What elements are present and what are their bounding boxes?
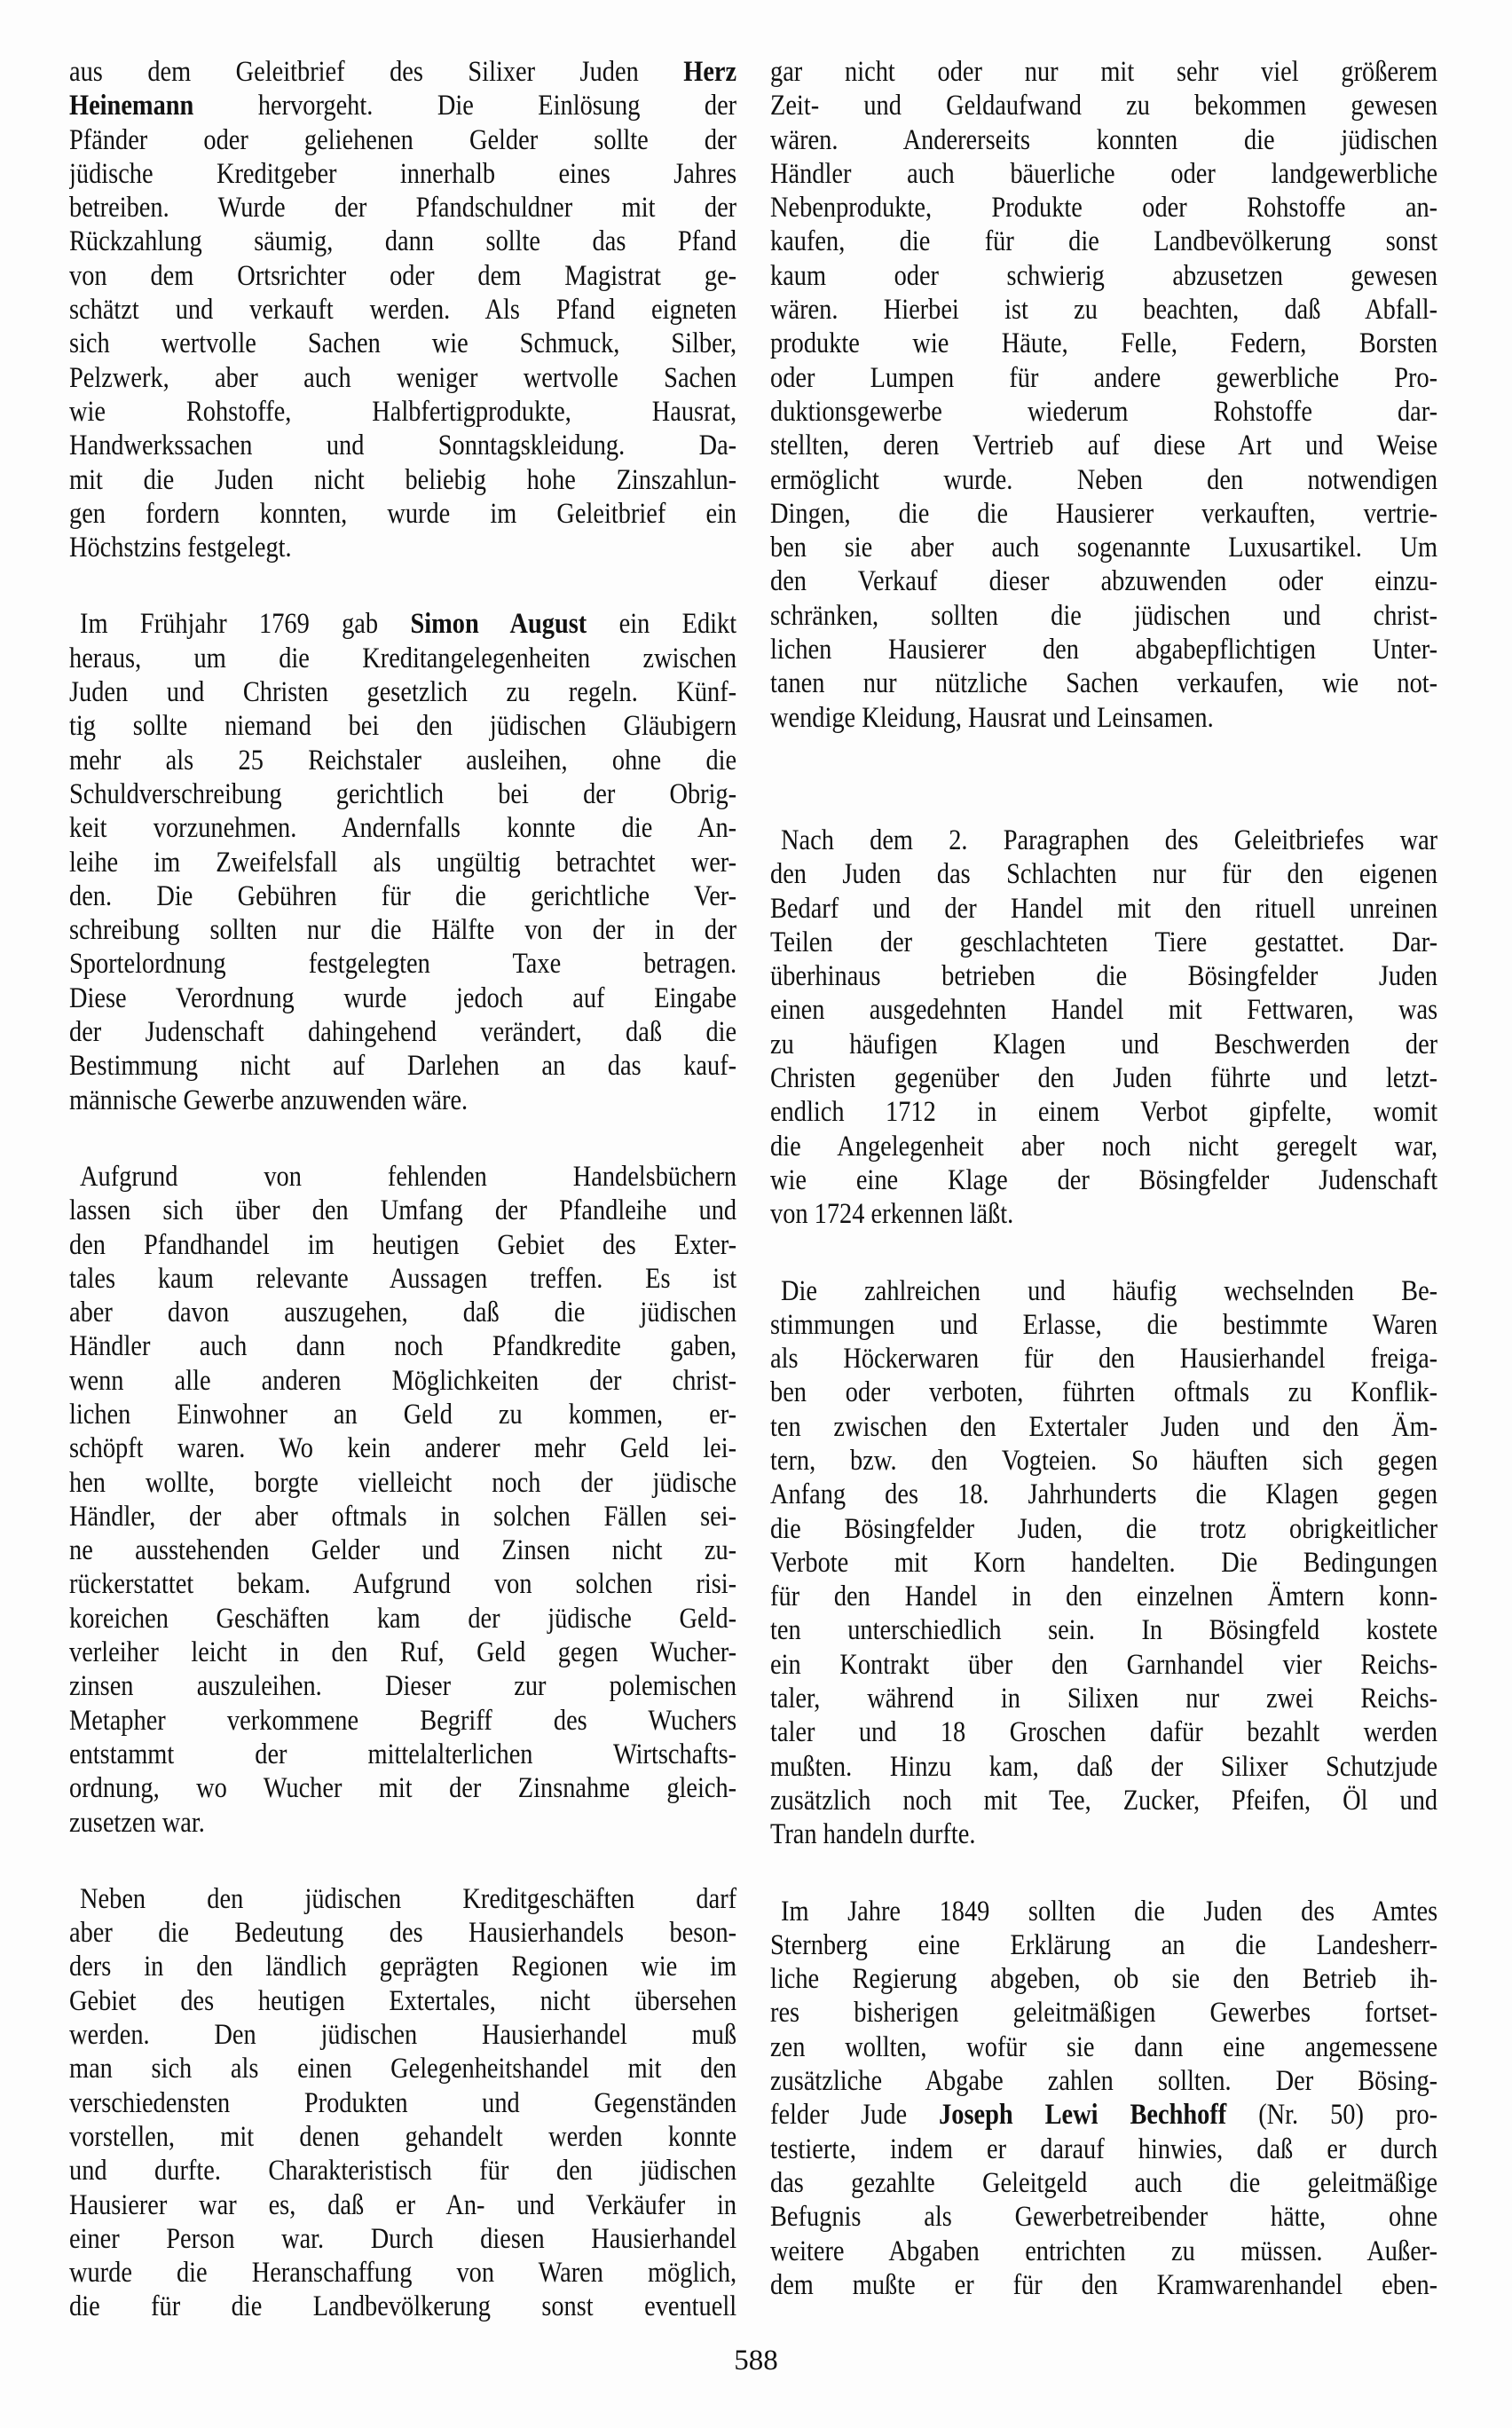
text-line: man sich als einen Gelegenheitshandel mi… (69, 2052, 736, 2085)
text-line: Im Frühjahr 1769 gab Simon August ein Ed… (69, 607, 736, 641)
text-line: Dingen, die die Hausierer verkauften, ve… (770, 497, 1437, 531)
text-line: leihe im Zweifelsfall als ungültig betra… (69, 846, 736, 879)
text-line: duktionsgewerbe wiederum Rohstoffe dar- (770, 395, 1437, 429)
text-line: oder Lumpen für andere gewerbliche Pro- (770, 361, 1437, 395)
text-line: kaum oder schwierig abzusetzen gewesen (770, 259, 1437, 293)
text-line: testierte, indem er darauf hinwies, daß … (770, 2132, 1437, 2166)
right-column: gar nicht oder nur mit sehr viel größere… (770, 55, 1437, 2302)
text-line: Händler auch dann noch Pfandkredite gabe… (69, 1329, 736, 1363)
text-line: mit die Juden nicht beliebig hohe Zinsza… (69, 463, 736, 497)
text-line: ten zwischen den Extertaler Juden und de… (770, 1410, 1437, 1444)
paragraph: Nach dem 2. Paragraphen des Geleitbriefe… (770, 824, 1437, 1232)
text-line: ermöglicht wurde. Neben den notwendigen (770, 463, 1437, 497)
text-line: mußten. Hinzu kam, daß der Silixer Schut… (770, 1750, 1437, 1784)
text-line: aus dem Geleitbrief des Silixer Juden He… (69, 55, 736, 89)
paragraph: Die zahlreichen und häufig wechselnden B… (770, 1274, 1437, 1852)
text-line: die für die Landbevölkerung sonst eventu… (69, 2290, 736, 2323)
text-line: zinsen auszuleihen. Dieser zur polemisch… (69, 1669, 736, 1703)
text-line: Händler, der aber oftmals in solchen Fäl… (69, 1500, 736, 1533)
text-line: mehr als 25 Reichstaler ausleihen, ohne … (69, 744, 736, 777)
text-line: werden. Den jüdischen Hausierhandel muß (69, 2018, 736, 2052)
text-line: ben sie aber auch sogenannte Luxusartike… (770, 531, 1437, 564)
text-line: Bedarf und der Handel mit den rituell un… (770, 892, 1437, 926)
text-line: zen wollten, wofür sie dann eine angemes… (770, 2030, 1437, 2064)
text-line: ordnung, wo Wucher mit der Zinsnahme gle… (69, 1771, 736, 1805)
text-line: ten unterschiedlich sein. In Bösingfeld … (770, 1613, 1437, 1647)
text-line: den. Die Gebühren für die gerichtliche V… (69, 879, 736, 913)
document-page: aus dem Geleitbrief des Silixer Juden He… (0, 0, 1512, 2428)
text-line: Befugnis als Gewerbetreibender hätte, oh… (770, 2200, 1437, 2234)
text-line: wären. Andererseits konnten die jüdische… (770, 123, 1437, 157)
text-line: von dem Ortsrichter oder dem Magistrat g… (69, 259, 736, 293)
text-line: tig sollte niemand bei den jüdischen Glä… (69, 709, 736, 743)
text-line: Gebiet des heutigen Extertales, nicht üb… (69, 1984, 736, 2018)
text-line: keit vorzunehmen. Andernfalls konnte die… (69, 811, 736, 845)
text-line: taler und 18 Groschen dafür bezahlt werd… (770, 1715, 1437, 1749)
text-line: vorstellen, mit denen gehandelt werden k… (69, 2120, 736, 2154)
text-line: liche Regierung abgeben, ob sie den Betr… (770, 1962, 1437, 1996)
text-line: schätzt und verkauft werden. Als Pfand e… (69, 293, 736, 327)
text-line: Nebenprodukte, Produkte oder Rohstoffe a… (770, 191, 1437, 225)
text-line: dem mußte er für den Kramwarenhandel ebe… (770, 2268, 1437, 2302)
text-line: den Juden das Schlachten nur für den eig… (770, 857, 1437, 891)
text-line: gen fordern konnten, wurde im Geleitbrie… (69, 497, 736, 531)
text-line: ben oder verboten, führten oftmals zu Ko… (770, 1376, 1437, 1409)
text-line: verleiher leicht in den Ruf, Geld gegen … (69, 1636, 736, 1669)
text-line: den Pfandhandel im heutigen Gebiet des E… (69, 1228, 736, 1262)
bold-name: Simon August (410, 608, 587, 640)
text-line: den Verkauf dieser abzuwenden oder einzu… (770, 564, 1437, 598)
bold-name: Heinemann (69, 90, 193, 122)
text-line: zusätzlich noch mit Tee, Zucker, Pfeifen… (770, 1784, 1437, 1817)
text-line: einen ausgedehnten Handel mit Fettwaren,… (770, 993, 1437, 1027)
text-line: zusätzliche Abgabe zahlen sollten. Der B… (770, 2064, 1437, 2098)
text-line: Juden und Christen gesetzlich zu regeln.… (69, 675, 736, 709)
text-line: aber die Bedeutung des Hausierhandels be… (69, 1916, 736, 1950)
text-line: weitere Abgaben entrichten zu müssen. Au… (770, 2235, 1437, 2268)
text-line: betreiben. Wurde der Pfandschuldner mit … (69, 191, 736, 225)
text-line: für den Handel in den einzelnen Ämtern k… (770, 1580, 1437, 1613)
text-line: lichen Einwohner an Geld zu kommen, er- (69, 1398, 736, 1431)
bold-name: Joseph Lewi Bechhoff (939, 2099, 1226, 2131)
text-line: Neben den jüdischen Kreditgeschäften dar… (69, 1882, 736, 1916)
text-line: hen wollte, borgte vielleicht noch der j… (69, 1466, 736, 1500)
text-line: wurde die Heranschaffung von Waren mögli… (69, 2256, 736, 2290)
text-line: Heinemann hervorgeht. Die Einlösung der (69, 89, 736, 122)
text-line: gar nicht oder nur mit sehr viel größere… (770, 55, 1437, 89)
text-line: tales kaum relevante Aussagen treffen. E… (69, 1262, 736, 1296)
text-line: Pelzwerk, aber auch weniger wertvolle Sa… (69, 361, 736, 395)
text-line: einer Person war. Durch diesen Hausierha… (69, 2222, 736, 2256)
text-line: felder Jude Joseph Lewi Bechhoff (Nr. 50… (770, 2098, 1437, 2132)
text-line: wie eine Klage der Bösingfelder Judensch… (770, 1163, 1437, 1197)
paragraph: Im Jahre 1849 sollten die Juden des Amte… (770, 1895, 1437, 2303)
text-line: ein Kontrakt über den Garnhandel vier Re… (770, 1648, 1437, 1682)
page-number: 588 (0, 2345, 1512, 2377)
text-line: wenn alle anderen Möglichkeiten der chri… (69, 1364, 736, 1398)
text-line: von 1724 erkennen läßt. (770, 1197, 1437, 1231)
text-line: Hausierer war es, daß er An- und Verkäuf… (69, 2188, 736, 2222)
text-line: als Höckerwaren für den Hausierhandel fr… (770, 1342, 1437, 1376)
text-line: Nach dem 2. Paragraphen des Geleitbriefe… (770, 824, 1437, 857)
text-line: der Judenschaft dahingehend verändert, d… (69, 1015, 736, 1049)
text-line: sich wertvolle Sachen wie Schmuck, Silbe… (69, 327, 736, 360)
text-line: ne ausstehenden Gelder und Zinsen nicht … (69, 1533, 736, 1567)
text-line: Zeit- und Geldaufwand zu bekommen gewese… (770, 89, 1437, 122)
text-line: Teilen der geschlachteten Tiere gestatte… (770, 926, 1437, 959)
text-line: Sportelordnung festgelegten Taxe betrage… (69, 947, 736, 981)
text-line: entstammt der mittelalterlichen Wirtscha… (69, 1738, 736, 1771)
text-line: jüdische Kreditgeber innerhalb eines Jah… (69, 157, 736, 191)
text-line: überhinaus betrieben die Bösingfelder Ju… (770, 959, 1437, 993)
text-line: schränken, sollten die jüdischen und chr… (770, 599, 1437, 633)
text-line: Metapher verkommene Begriff des Wuchers (69, 1704, 736, 1738)
text-line: kaufen, die für die Landbevölkerung sons… (770, 225, 1437, 258)
text-line: taler, während in Silixen nur zwei Reich… (770, 1682, 1437, 1715)
text-line: aber davon auszugehen, daß die jüdischen (69, 1296, 736, 1329)
text-line: stellten, deren Vertrieb auf diese Art u… (770, 429, 1437, 462)
text-line: Christen gegenüber den Juden führte und … (770, 1061, 1437, 1095)
text-line: Höchstzins festgelegt. (69, 531, 736, 564)
text-line: Tran handeln durfte. (770, 1817, 1437, 1851)
text-line: tern, bzw. den Vogteien. So häuften sich… (770, 1444, 1437, 1478)
bold-name: Herz (683, 56, 736, 88)
paragraph: Neben den jüdischen Kreditgeschäften dar… (69, 1882, 736, 2324)
text-line: endlich 1712 in einem Verbot gipfelte, w… (770, 1095, 1437, 1129)
text-line: Handwerkssachen und Sonntagskleidung. Da… (69, 429, 736, 462)
text-line: Verbote mit Korn handelten. Die Bedingun… (770, 1546, 1437, 1580)
text-line: koreichen Geschäften kam der jüdische Ge… (69, 1602, 736, 1636)
text-line: männische Gewerbe anzuwenden wäre. (69, 1084, 736, 1117)
text-line: heraus, um die Kreditangelegenheiten zwi… (69, 642, 736, 675)
text-line: zu häufigen Klagen und Beschwerden der (770, 1028, 1437, 1061)
text-line: rückerstattet bekam. Aufgrund von solche… (69, 1567, 736, 1601)
paragraph: Aufgrund von fehlenden Handelsbüchernlas… (69, 1160, 736, 1840)
text-line: die Angelegenheit aber noch nicht gerege… (770, 1130, 1437, 1163)
text-line: Die zahlreichen und häufig wechselnden B… (770, 1274, 1437, 1308)
text-line: Bestimmung nicht auf Darlehen an das kau… (69, 1049, 736, 1083)
text-line: Händler auch bäuerliche oder landgewerbl… (770, 157, 1437, 191)
text-line: wie Rohstoffe, Halbfertigprodukte, Hausr… (69, 395, 736, 429)
text-line: die Bösingfelder Juden, die trotz obrigk… (770, 1512, 1437, 1546)
text-line: wären. Hierbei ist zu beachten, daß Abfa… (770, 293, 1437, 327)
text-line: das gezahlte Geleitgeld auch die geleitm… (770, 2166, 1437, 2200)
text-line: ders in den ländlich geprägten Regionen … (69, 1950, 736, 1983)
text-line: res bisherigen geleitmäßigen Gewerbes fo… (770, 1996, 1437, 2030)
text-line: schöpft waren. Wo kein anderer mehr Geld… (69, 1431, 736, 1465)
paragraph: gar nicht oder nur mit sehr viel größere… (770, 55, 1437, 735)
text-line: Diese Verordnung wurde jedoch auf Eingab… (69, 981, 736, 1015)
text-line: tanen nur nützliche Sachen verkaufen, wi… (770, 666, 1437, 700)
paragraph: aus dem Geleitbrief des Silixer Juden He… (69, 55, 736, 564)
text-line: Schuldverschreibung gerichtlich bei der … (69, 777, 736, 811)
text-line: Im Jahre 1849 sollten die Juden des Amte… (770, 1895, 1437, 1928)
text-line: und durfte. Charakteristisch für den jüd… (69, 2154, 736, 2188)
text-line: Anfang des 18. Jahrhunderts die Klagen g… (770, 1478, 1437, 1511)
text-line: Aufgrund von fehlenden Handelsbüchern (69, 1160, 736, 1194)
paragraph: Im Frühjahr 1769 gab Simon August ein Ed… (69, 607, 736, 1116)
text-line: stimmungen und Erlasse, die bestimmte Wa… (770, 1308, 1437, 1342)
text-line: zusetzen war. (69, 1806, 736, 1840)
text-line: schreibung sollten nur die Hälfte von de… (69, 913, 736, 947)
text-line: produkte wie Häute, Felle, Federn, Borst… (770, 327, 1437, 360)
left-column: aus dem Geleitbrief des Silixer Juden He… (69, 55, 736, 2324)
text-line: Pfänder oder geliehenen Gelder sollte de… (69, 123, 736, 157)
text-line: lassen sich über den Umfang der Pfandlei… (69, 1194, 736, 1227)
text-line: Sternberg eine Erklärung an die Landeshe… (770, 1928, 1437, 1962)
text-line: wendige Kleidung, Hausrat und Leinsamen. (770, 701, 1437, 735)
text-line: verschiedensten Produkten und Gegenständ… (69, 2086, 736, 2120)
text-line: lichen Hausierer den abgabepflichtigen U… (770, 633, 1437, 666)
text-line: Rückzahlung säumig, dann sollte das Pfan… (69, 225, 736, 258)
